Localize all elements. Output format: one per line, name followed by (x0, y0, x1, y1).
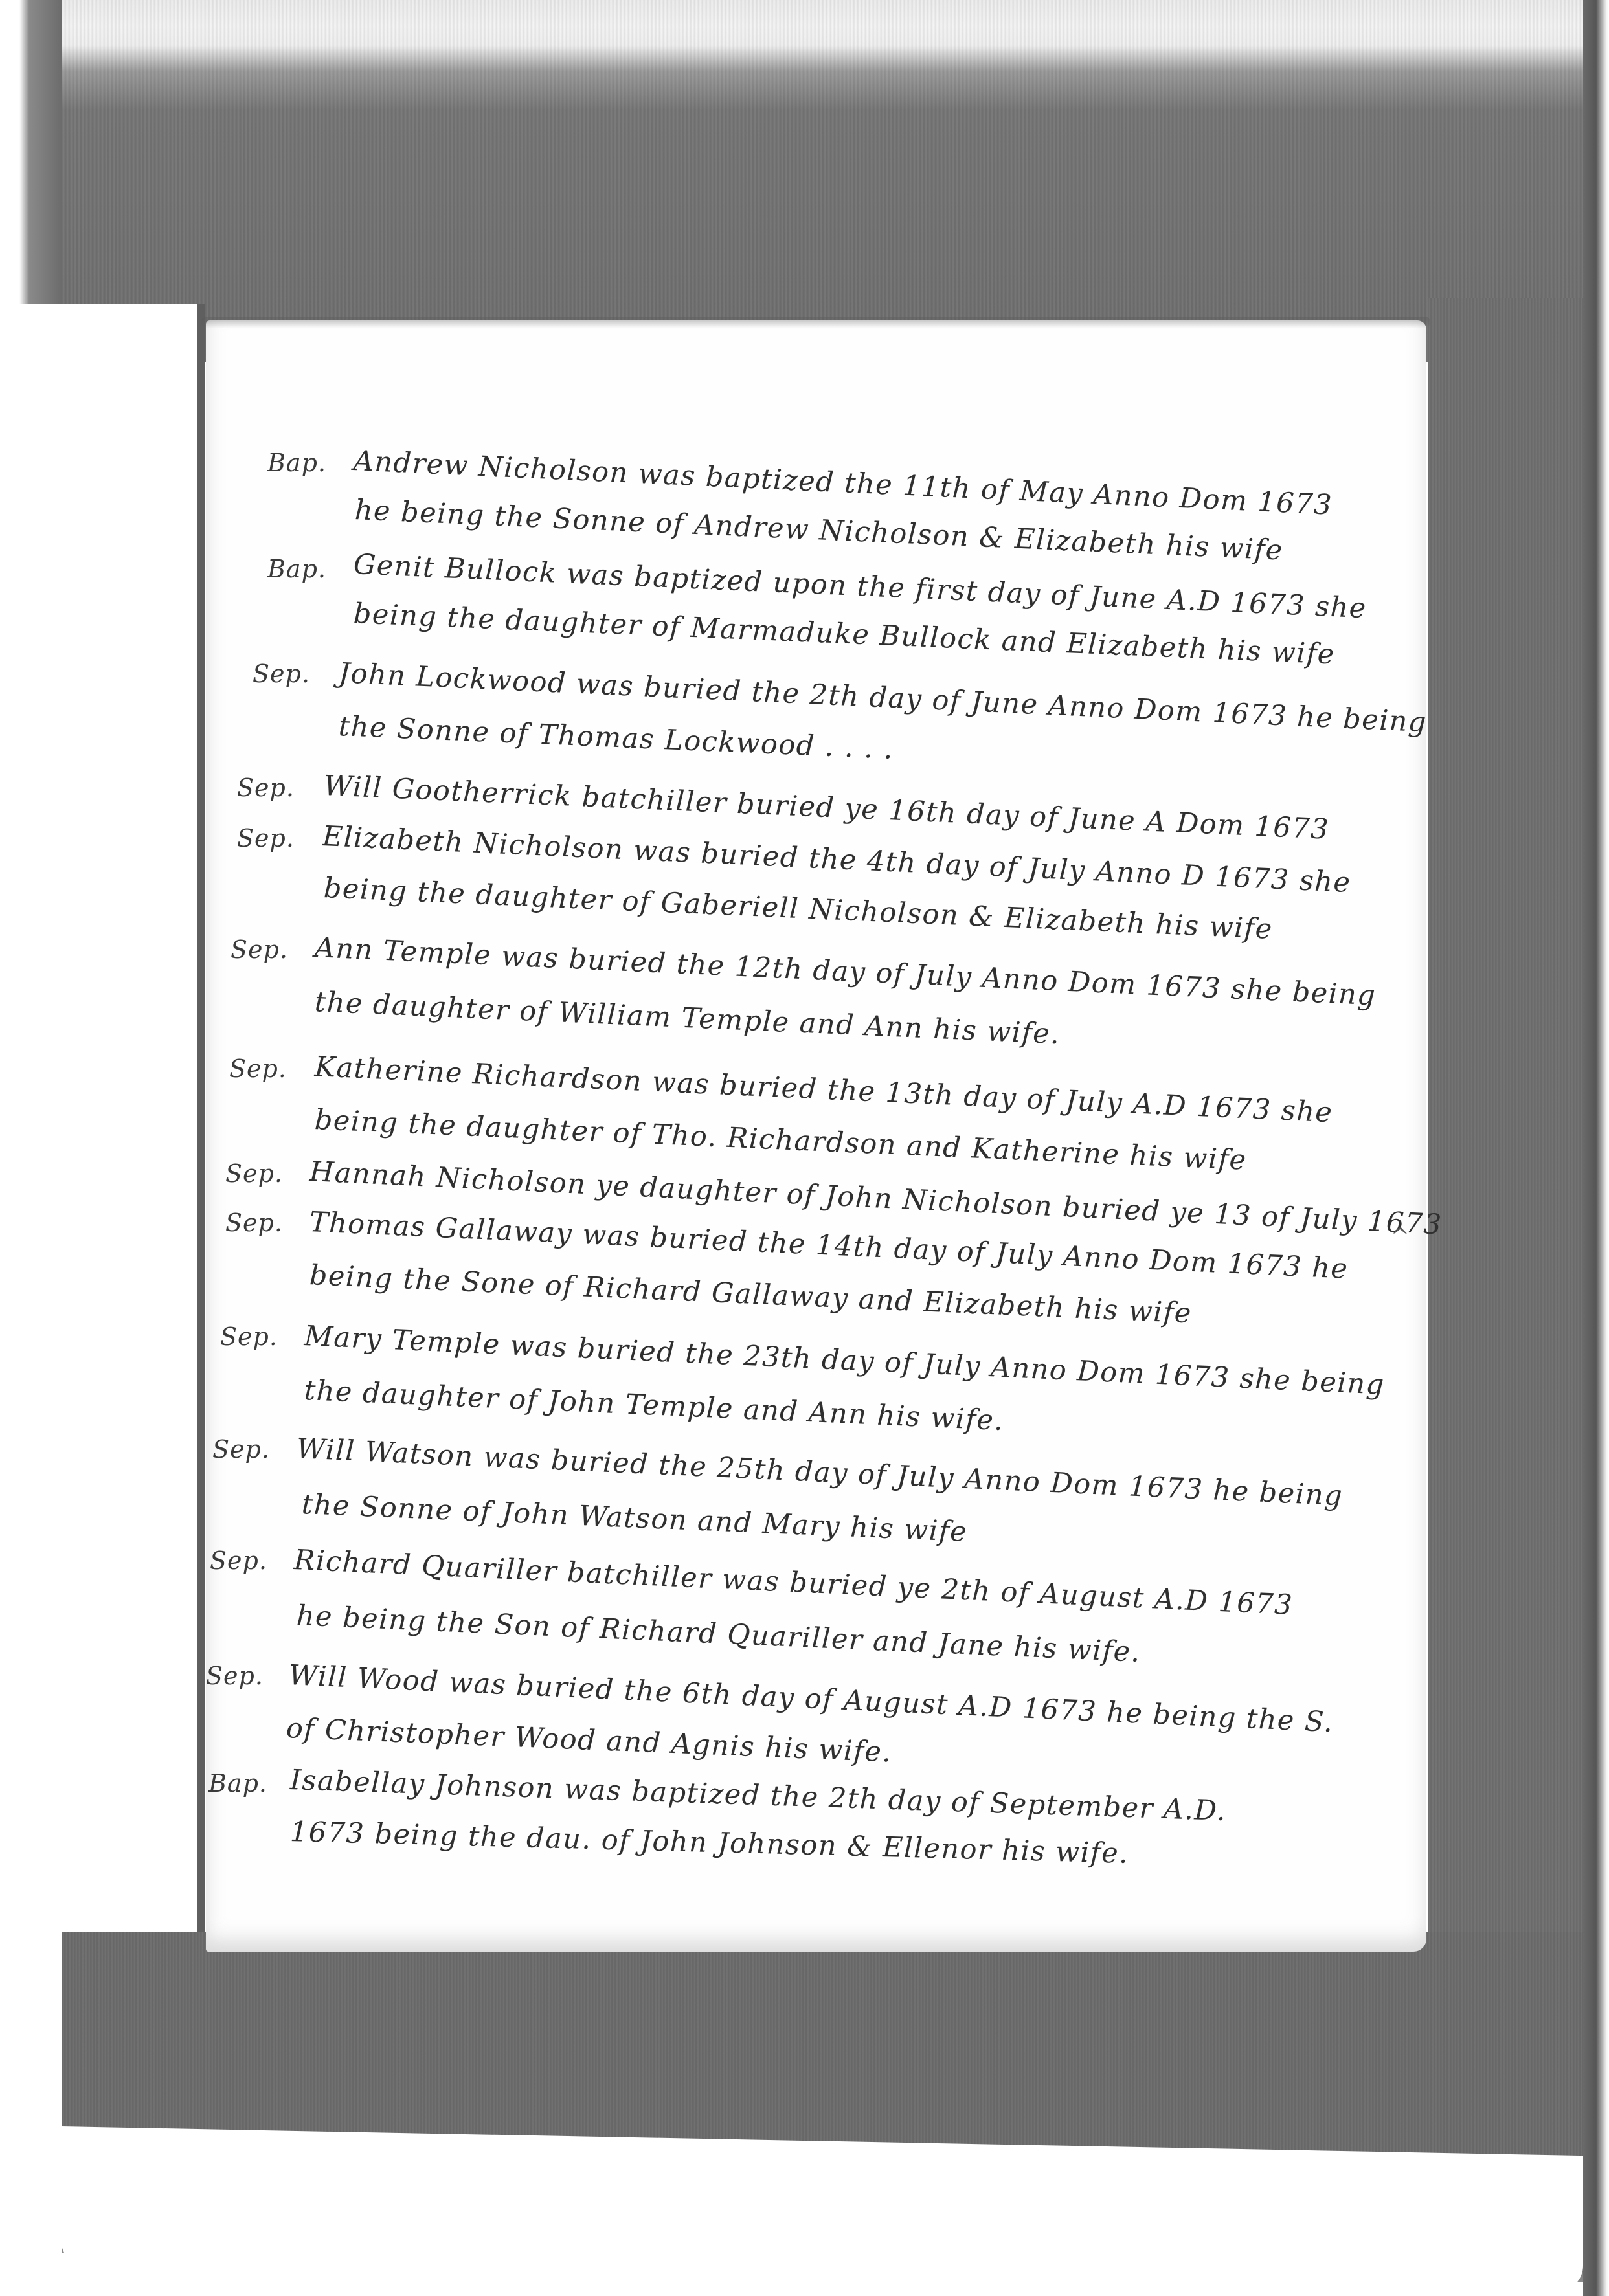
scan-edge-top-left (0, 0, 62, 304)
entry-type-label: Sep. (253, 660, 310, 688)
scan-margin-left (62, 304, 201, 1935)
entry-type-label: Sep. (212, 1435, 270, 1464)
scan-edge-right (1583, 0, 1609, 2296)
scan-shadow-right (1428, 298, 1609, 2007)
entry-line: the daughter of John Temple and Ann his … (304, 1374, 1005, 1437)
scan-paper-bottom (62, 2126, 1583, 2291)
entry-type-label: Bap. (208, 1769, 267, 1798)
register-page: Bap. Andrew Nicholson was baptized the 1… (206, 320, 1426, 1952)
entry-type-label: Bap. (267, 555, 326, 583)
entry-type-label: Sep. (237, 824, 295, 853)
entry-line: the daughter of William Temple and Ann h… (314, 986, 1061, 1051)
entry-line: the Sonne of John Watson and Mary his wi… (301, 1488, 968, 1548)
entry-type-label: Sep. (237, 774, 295, 802)
entry-line: 1673 being the dau. of John Johnson & El… (289, 1816, 1129, 1870)
entry-line: he being the Son of Richard Quariller an… (296, 1599, 1142, 1669)
entry-type-label: Sep. (231, 935, 288, 964)
entry-type-label: Sep. (210, 1546, 267, 1575)
entry-line: the Sonne of Thomas Lockwood . . . . (338, 710, 894, 766)
entry-line: of Christopher Wood and Agnis his wife. (286, 1712, 893, 1769)
entry-type-label: Sep. (225, 1159, 283, 1188)
scan-binding-edge (197, 304, 205, 1935)
entry-type-label: Sep. (229, 1054, 287, 1083)
entry-type-label: Sep. (220, 1322, 278, 1351)
entry-type-label: Sep. (206, 1662, 264, 1690)
entry-line: Isabellay Johnson was baptized the 2th d… (289, 1764, 1227, 1827)
entry-type-label: Sep. (225, 1209, 283, 1237)
entry-type-label: Bap. (267, 449, 326, 477)
scan-shadow-top (62, 0, 1609, 362)
caret-insertion-mark: ^ (1391, 1223, 1410, 1249)
